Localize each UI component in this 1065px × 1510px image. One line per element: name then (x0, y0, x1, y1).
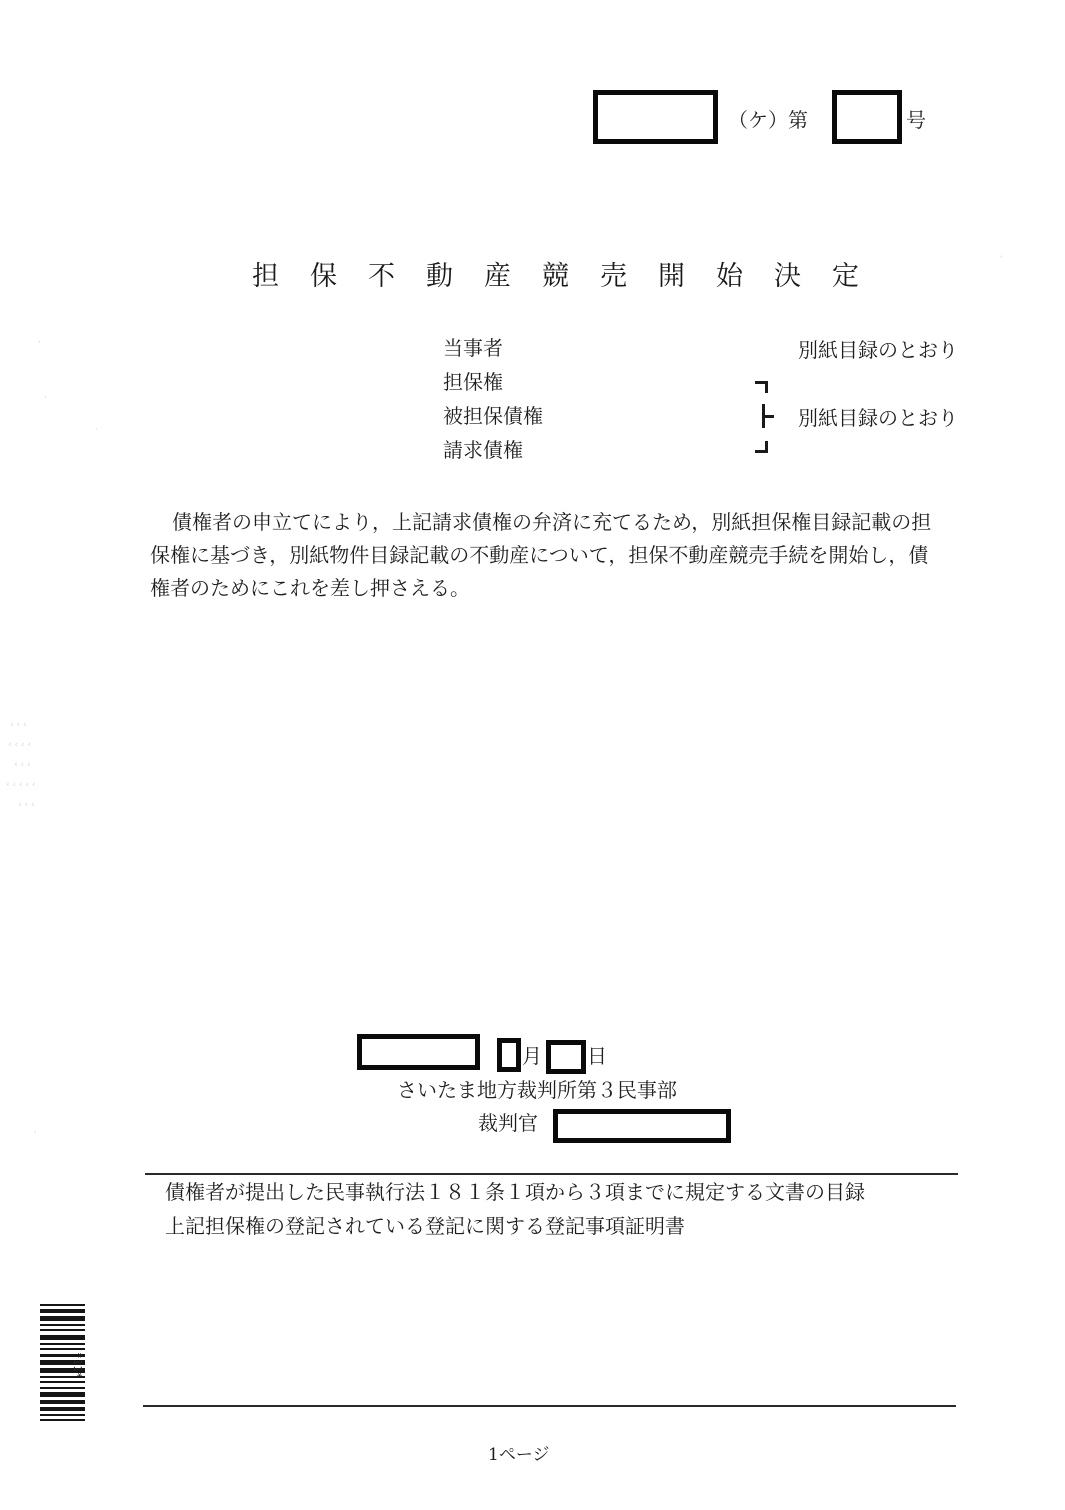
case-number-suffix: 号 (906, 110, 926, 130)
party-value-litigants: 別紙目録のとおり (798, 340, 958, 360)
judge-name-redaction-box (553, 1109, 731, 1143)
case-year-redaction-box (593, 90, 718, 144)
case-type-label: （ケ）第 (728, 110, 808, 130)
party-label-litigants: 当事者 (443, 338, 503, 358)
footer-divider (143, 1405, 956, 1407)
party-label-secured-claim: 被担保債権 (443, 406, 543, 426)
court-name: さいたま地方裁判所第３民事部 (397, 1080, 677, 1100)
document-title: 担保不動産競売開始決定 (252, 254, 890, 293)
body-line-3: 権者のためにこれを差し押さえる。 (150, 572, 970, 605)
party-label-claimed-debt: 請求債権 (443, 440, 523, 460)
body-line-2: 保権に基づき，別紙物件目録記載の不動産について，担保不動産競売手続を開始し，債 (150, 539, 970, 572)
judge-label: 裁判官 (478, 1113, 538, 1133)
attachment-line-1: 債権者が提出した民事執行法１８１条１項から３項までに規定する文書の目録 (165, 1182, 865, 1202)
party-label-security-interest: 担保権 (443, 372, 503, 392)
page-number: 1ページ (488, 1447, 549, 1464)
date-month-redaction-box (497, 1038, 521, 1072)
attachments-divider (145, 1173, 958, 1175)
barcode-label: *11* (71, 1352, 84, 1379)
decision-body-paragraph: 債権者の申立てにより，上記請求債権の弁済に充てるため，別紙担保権目録記載の担 保… (150, 506, 970, 605)
date-month-label: 月 (522, 1046, 542, 1066)
case-number-redaction-box (832, 90, 902, 144)
party-value-security-claims: 別紙目録のとおり (798, 408, 958, 428)
date-year-redaction-box (357, 1034, 480, 1070)
attachment-line-2: 上記担保権の登記されている登記に関する登記事項証明書 (165, 1216, 685, 1236)
body-line-1: 債権者の申立てにより，上記請求債権の弁済に充てるため，別紙担保権目録記載の担 (150, 506, 970, 539)
date-day-label: 日 (587, 1046, 607, 1066)
date-day-redaction-box (546, 1040, 586, 1074)
